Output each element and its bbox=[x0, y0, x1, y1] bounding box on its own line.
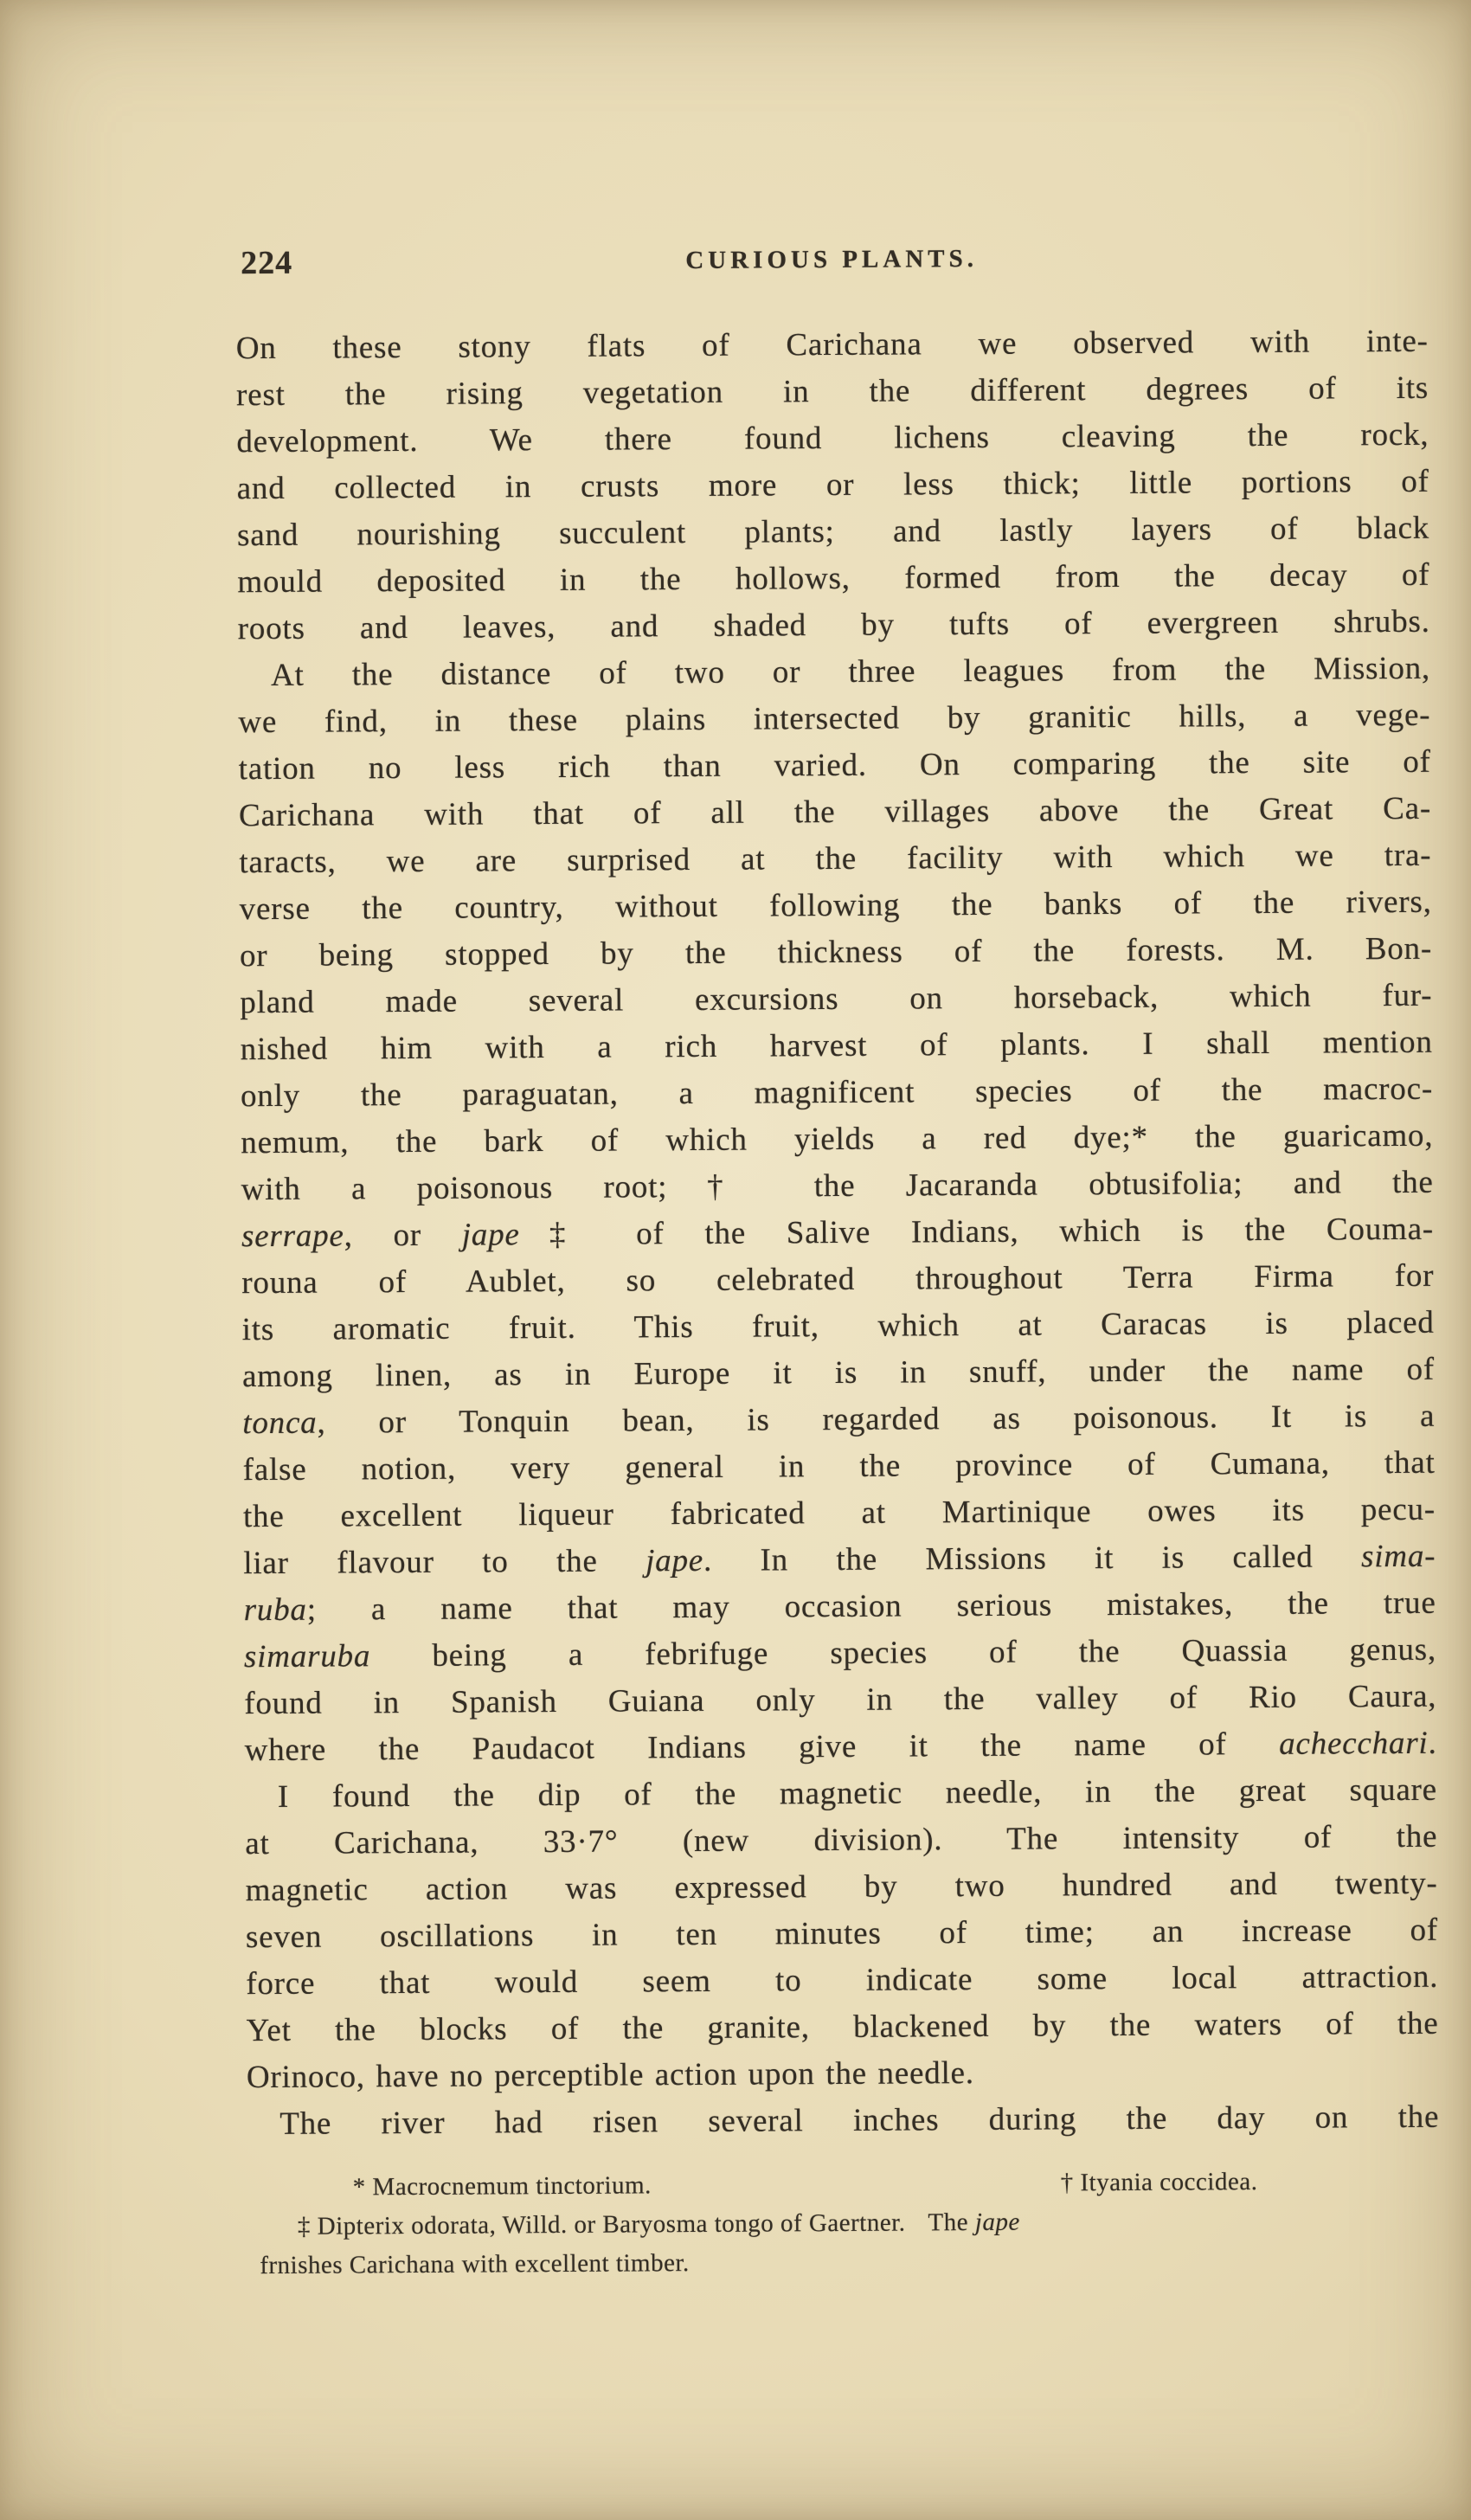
text-segment: force that would seem to indicate some l… bbox=[246, 1959, 1438, 2002]
body-text: On these stony flats of Carichana we obs… bbox=[236, 318, 1440, 2148]
text-line: ruba; a name that may occasion serious m… bbox=[243, 1580, 1436, 1634]
text-segment: sand nourishing succulent plants; and la… bbox=[237, 511, 1429, 553]
text-line: The river had risen several inches durin… bbox=[247, 2094, 1439, 2148]
text-line: mould deposited in the hollows, formed f… bbox=[237, 552, 1429, 606]
text-line: Yet the blocks of the granite, blackened… bbox=[246, 2001, 1438, 2054]
text-segment: magnetic action was expressed by two hun… bbox=[246, 1866, 1438, 1908]
text-segment: Carichana with that of all the villages … bbox=[239, 791, 1431, 833]
text-segment: Orinoco, have no perceptible action upon… bbox=[247, 2055, 974, 2095]
text-segment: at Carichana, 33·7° (new division). The … bbox=[245, 1819, 1437, 1861]
text-segment: I found the dip of the magnetic needle, … bbox=[278, 1772, 1437, 1815]
text-segment: rest the rising vegetation in the differ… bbox=[236, 370, 1429, 413]
text-line: simaruba being a febrifuge species of th… bbox=[244, 1627, 1436, 1681]
text-line: Carichana with that of all the villages … bbox=[239, 786, 1431, 839]
text-segment: simaruba bbox=[244, 1638, 370, 1675]
text-segment: tonca bbox=[242, 1405, 317, 1442]
text-segment: . In the Missions it is called bbox=[703, 1539, 1361, 1578]
text-line: seven oscillations in ten minutes of tim… bbox=[246, 1907, 1438, 1961]
text-line: I found the dip of the magnetic needle, … bbox=[245, 1767, 1437, 1821]
text-segment: taracts, we are surprised at the facilit… bbox=[239, 838, 1431, 880]
text-line: we find, in these plains intersected by … bbox=[238, 692, 1430, 746]
text-segment: jape bbox=[462, 1217, 520, 1252]
text-segment: mould deposited in the hollows, formed f… bbox=[237, 557, 1429, 600]
text-segment: frnishes Carichana with excellent timber… bbox=[260, 2249, 690, 2279]
text-segment: seven oscillations in ten minutes of tim… bbox=[246, 1912, 1438, 1955]
text-line: only the paraguatan, a magnificent speci… bbox=[241, 1066, 1433, 1120]
text-segment: the excellent liqueur fabricated at Mart… bbox=[243, 1492, 1436, 1534]
text-segment: pland made several excursions on horseba… bbox=[240, 978, 1432, 1020]
running-title: CURIOUS PLANTS. bbox=[235, 242, 1428, 278]
text-segment: ; a name that may occasion serious mista… bbox=[307, 1585, 1436, 1628]
text-segment: and collected in crusts more or less thi… bbox=[237, 464, 1429, 506]
footnotes: * Macrocnemum tinctorium.† Ityania cocci… bbox=[247, 2162, 1441, 2285]
text-segment: among linen, as in Europe it is in snuff… bbox=[242, 1352, 1435, 1394]
footnote-line: frnishes Carichana with excellent timber… bbox=[247, 2240, 1440, 2285]
text-line: verse the country, without following the… bbox=[240, 879, 1432, 933]
text-line: or being stopped by the thickness of the… bbox=[240, 926, 1432, 980]
text-segment: On these stony flats of Carichana we obs… bbox=[236, 324, 1429, 366]
text-line: force that would seem to indicate some l… bbox=[246, 1954, 1438, 2008]
text-segment: , or Tonquin bean, is regarded as poison… bbox=[317, 1398, 1435, 1441]
text-segment: rouna of Aublet, so celebrated throughou… bbox=[241, 1258, 1434, 1301]
text-line: its aromatic fruit. This fruit, which at… bbox=[242, 1300, 1435, 1353]
text-line: found in Spanish Guiana only in the vall… bbox=[244, 1674, 1436, 1727]
text-line: nemum, the bark of which yields a red dy… bbox=[241, 1113, 1433, 1167]
text-line: rest the rising vegetation in the differ… bbox=[236, 365, 1429, 419]
text-line: the excellent liqueur fabricated at Mart… bbox=[243, 1487, 1436, 1540]
text-line: development. We there found lichens clea… bbox=[236, 412, 1429, 466]
text-segment: sima- bbox=[1361, 1539, 1436, 1575]
text-segment: * Macrocnemum tinctorium. bbox=[353, 2171, 652, 2201]
text-segment: serrape bbox=[241, 1218, 344, 1254]
text-line: Orinoco, have no perceptible action upon… bbox=[247, 2047, 1439, 2101]
text-line: On these stony flats of Carichana we obs… bbox=[236, 318, 1429, 372]
text-line: taracts, we are surprised at the facilit… bbox=[239, 832, 1431, 886]
text-segment: At the distance of two or three leagues … bbox=[271, 651, 1430, 693]
text-line: at Carichana, 33·7° (new division). The … bbox=[245, 1814, 1437, 1867]
text-segment: ‡ Dipterix odorata, Willd. or Baryosma t… bbox=[298, 2209, 906, 2240]
text-segment: nished him with a rich harvest of plants… bbox=[241, 1025, 1433, 1067]
text-segment: development. We there found lichens clea… bbox=[236, 417, 1429, 460]
text-line: At the distance of two or three leagues … bbox=[238, 646, 1430, 699]
paragraph: The river had risen several inches durin… bbox=[247, 2094, 1439, 2148]
text-line: roots and leaves, and shaded by tufts of… bbox=[238, 599, 1430, 652]
text-segment: jape bbox=[975, 2208, 1020, 2236]
text-segment: found in Spanish Guiana only in the vall… bbox=[244, 1679, 1436, 1721]
text-line: rouna of Aublet, so celebrated throughou… bbox=[241, 1253, 1434, 1307]
text-segment: false notion, very general in the provin… bbox=[243, 1445, 1436, 1488]
text-line: magnetic action was expressed by two hun… bbox=[245, 1861, 1437, 1914]
text-segment: we find, in these plains intersected by … bbox=[238, 697, 1430, 740]
paragraph: I found the dip of the magnetic needle, … bbox=[245, 1767, 1439, 2101]
text-segment: roots and leaves, and shaded by tufts of… bbox=[238, 604, 1430, 646]
text-segment: nemum, the bark of which yields a red dy… bbox=[241, 1118, 1433, 1160]
text-segment: where the Paudacot Indians give it the n… bbox=[245, 1726, 1280, 1768]
text-line: with a poisonous root;† the Jacaranda ob… bbox=[241, 1160, 1434, 1213]
text-segment: liar flavour to the bbox=[243, 1543, 646, 1581]
book-page: 224 CURIOUS PLANTS. On these stony flats… bbox=[235, 237, 1440, 2285]
text-segment: only the paraguatan, a magnificent speci… bbox=[241, 1071, 1433, 1114]
text-segment: achecchari bbox=[1279, 1726, 1429, 1762]
text-segment: . bbox=[1428, 1726, 1436, 1761]
paragraph: At the distance of two or three leagues … bbox=[238, 646, 1437, 1774]
text-segment: Yet the blocks of the granite, blackened… bbox=[246, 2006, 1438, 2048]
text-line: where the Paudacot Indians give it the n… bbox=[244, 1720, 1436, 1774]
text-line: tonca, or Tonquin bean, is regarded as p… bbox=[242, 1393, 1435, 1447]
text-line: sand nourishing succulent plants; and la… bbox=[237, 505, 1429, 559]
text-segment: or being stopped by the thickness of the… bbox=[240, 931, 1432, 974]
text-segment: ruba bbox=[244, 1592, 307, 1628]
text-segment: verse the country, without following the… bbox=[240, 884, 1432, 927]
text-line: serrape, or jape‡ of the Salive Indians,… bbox=[241, 1206, 1434, 1260]
text-segment: The river had risen several inches durin… bbox=[279, 2099, 1439, 2142]
text-segment: † Ityania coccidea. bbox=[1061, 2163, 1258, 2202]
text-segment: tation no less rich than varied. On comp… bbox=[239, 744, 1431, 787]
text-line: tation no less rich than varied. On comp… bbox=[239, 739, 1431, 793]
text-segment: its aromatic fruit. This fruit, which at… bbox=[242, 1305, 1435, 1347]
text-line: liar flavour to the jape. In the Mission… bbox=[243, 1533, 1436, 1587]
text-segment: ‡ of the Salive Indians, which is the Co… bbox=[520, 1212, 1435, 1252]
text-segment: being a febrifuge species of the Quassia… bbox=[370, 1632, 1436, 1675]
text-segment: jape bbox=[646, 1543, 703, 1578]
page-header: 224 CURIOUS PLANTS. bbox=[235, 237, 1428, 282]
text-segment: , or bbox=[344, 1218, 462, 1254]
text-line: false notion, very general in the provin… bbox=[243, 1440, 1436, 1494]
text-line: nished him with a rich harvest of plants… bbox=[241, 1019, 1433, 1073]
text-segment: with a poisonous root;† the Jacaranda ob… bbox=[241, 1165, 1434, 1207]
text-segment: The bbox=[928, 2208, 975, 2236]
paragraph: On these stony flats of Carichana we obs… bbox=[236, 318, 1430, 652]
text-line: and collected in crusts more or less thi… bbox=[237, 459, 1429, 512]
text-line: among linen, as in Europe it is in snuff… bbox=[242, 1347, 1435, 1400]
text-line: pland made several excursions on horseba… bbox=[240, 973, 1432, 1026]
